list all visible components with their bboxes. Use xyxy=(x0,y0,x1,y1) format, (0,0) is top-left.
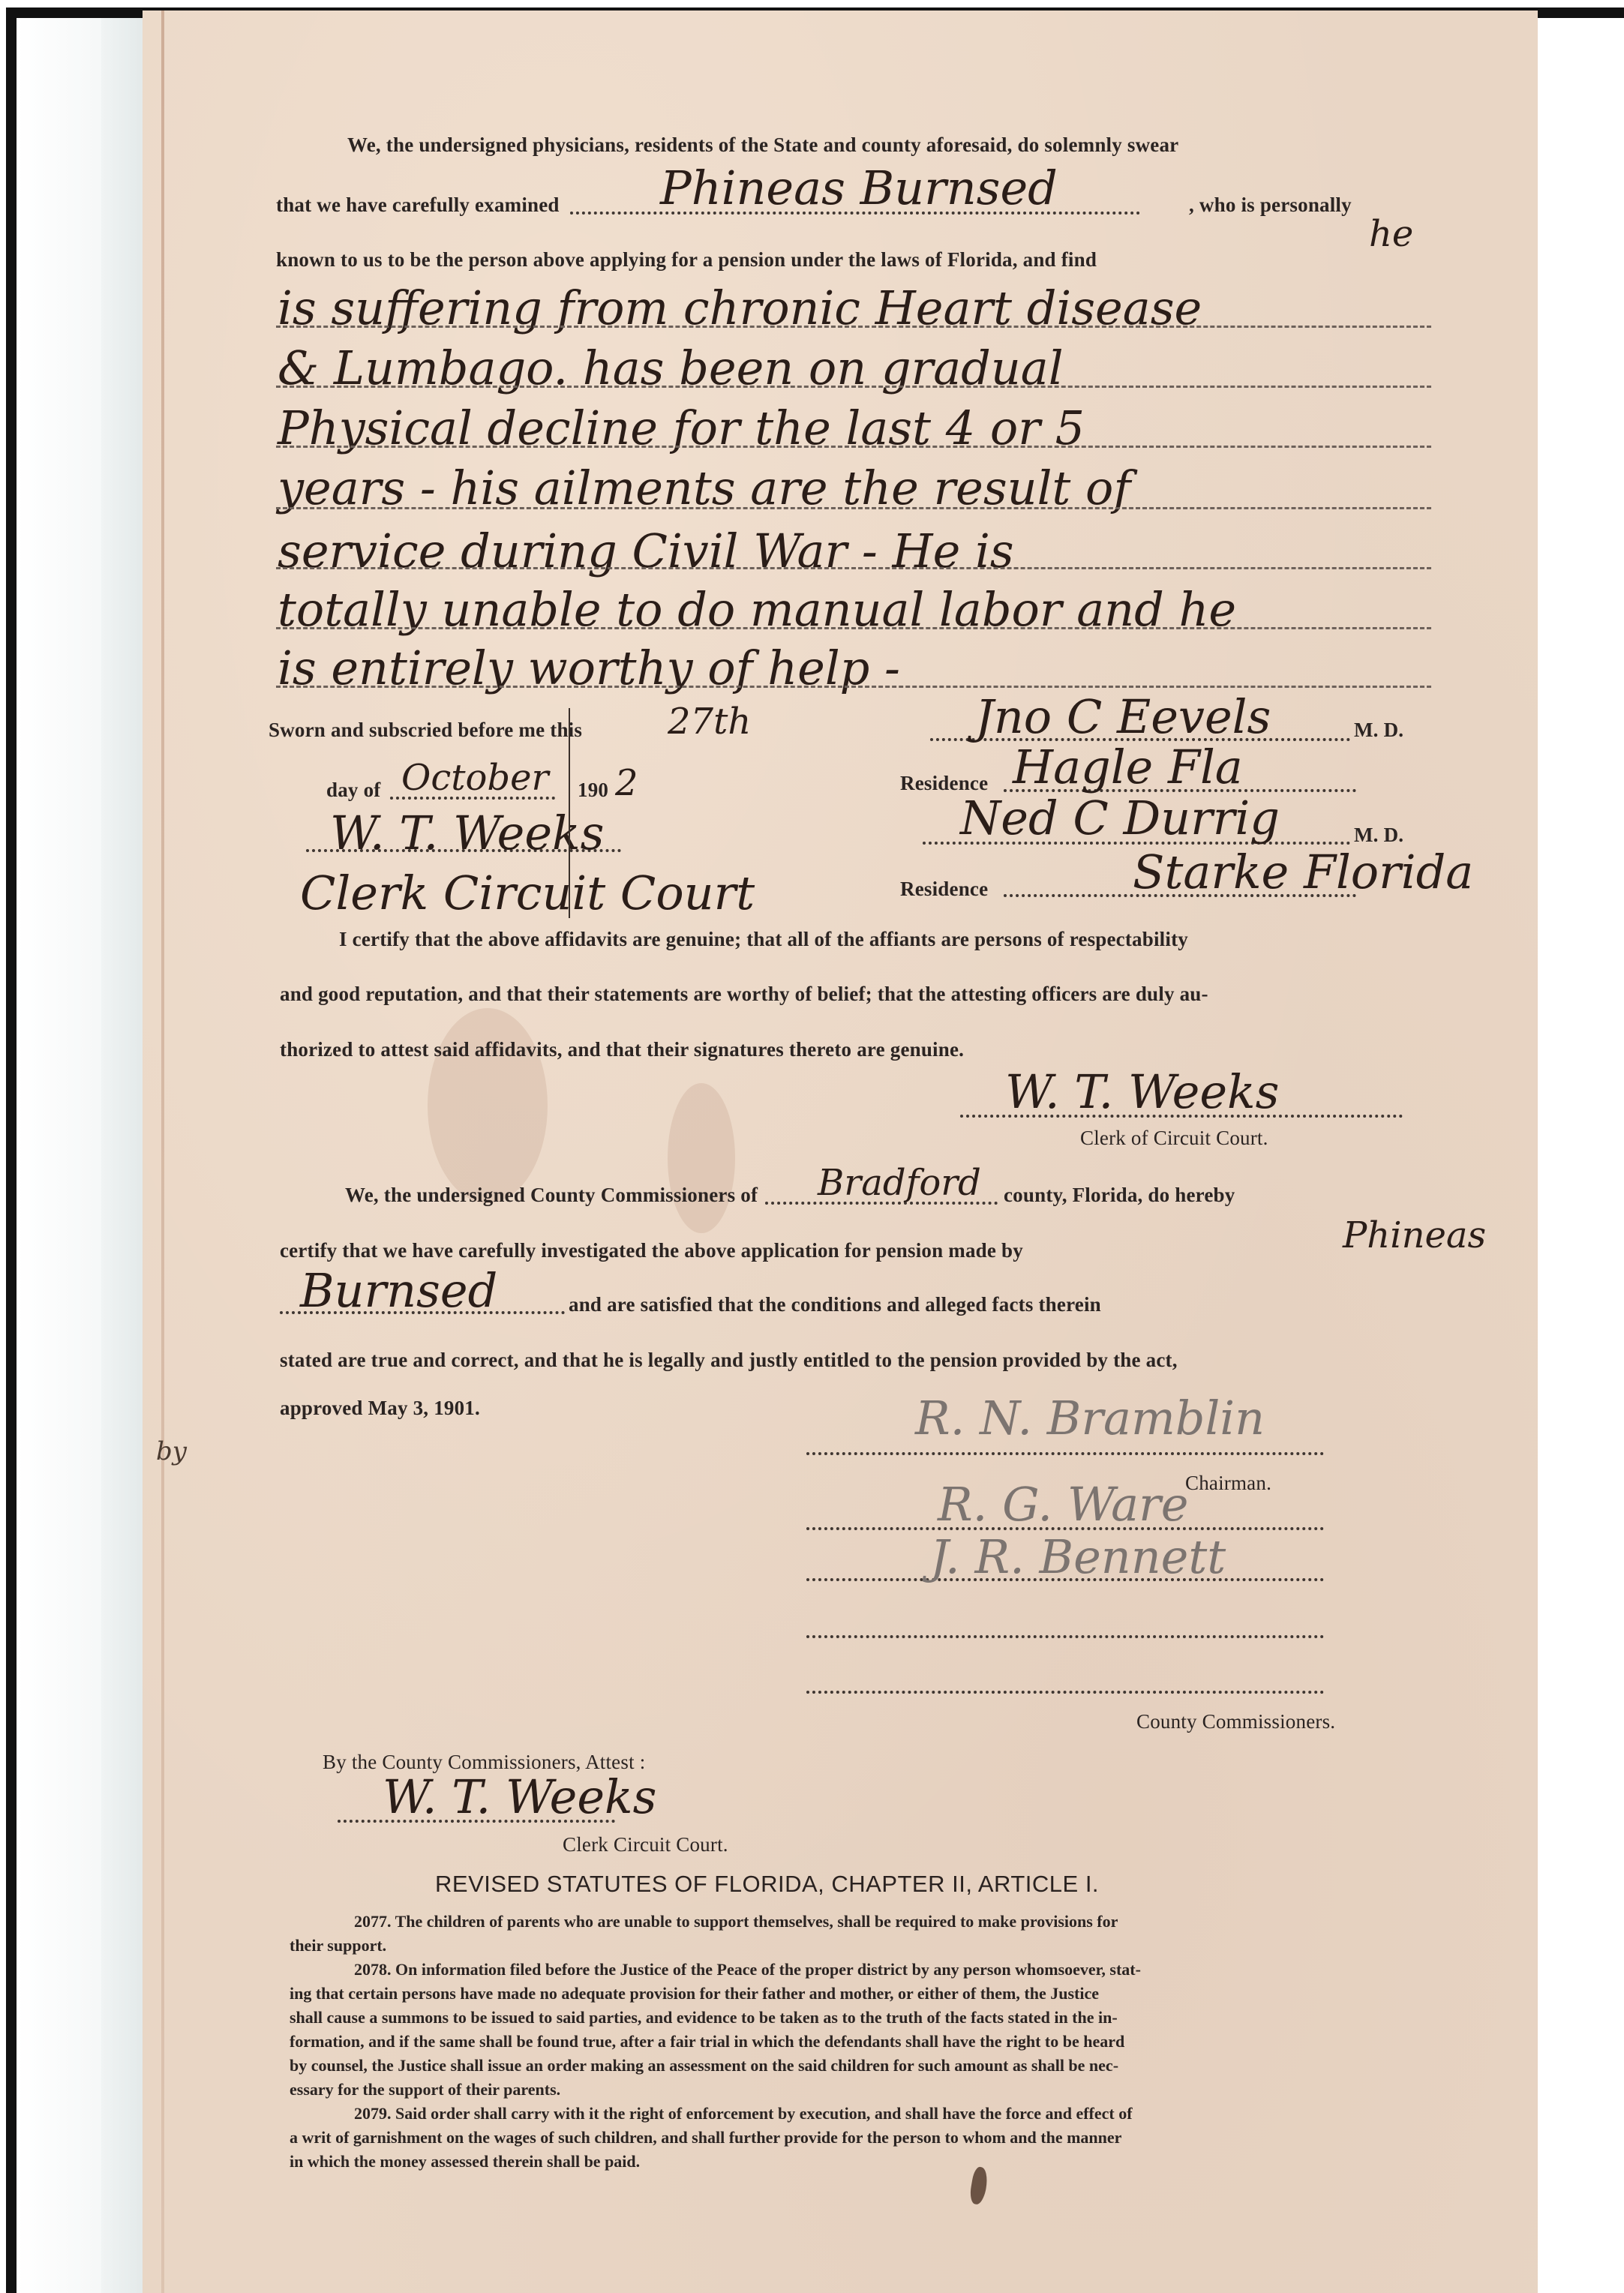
bracket-line xyxy=(569,708,570,918)
ruled-line xyxy=(276,507,1431,509)
commissioners-line-5: approved May 3, 1901. xyxy=(280,1398,480,1418)
day-of-label: day of xyxy=(326,780,380,800)
commissioners-line-1-suffix: county, Florida, do hereby xyxy=(1004,1185,1235,1205)
chairman-signature-line xyxy=(806,1452,1324,1455)
affidavit-line-2-prefix: that we have carefully examined xyxy=(276,195,560,215)
ruled-line xyxy=(276,446,1431,448)
attest-signature: W. T. Weeks xyxy=(383,1769,656,1824)
ruled-line xyxy=(276,686,1431,688)
physician-2-signature: Ned C Durrig xyxy=(960,791,1280,845)
commissioner-signature-line xyxy=(806,1691,1324,1694)
applicant-first-name: Phineas xyxy=(1343,1214,1486,1256)
stain xyxy=(428,1008,548,1203)
statute-line: shall cause a summons to be issued to sa… xyxy=(290,2006,1118,2030)
document-page: We, the undersigned physicians, resident… xyxy=(143,11,1538,2293)
sworn-day: 27th xyxy=(668,701,751,743)
commissioners-line-4: stated are true and correct, and that he… xyxy=(280,1350,1178,1370)
statute-line: 2078. On information filed before the Ju… xyxy=(354,1958,1141,1982)
county-name: Bradford xyxy=(818,1162,981,1204)
physician-2-md: M. D. xyxy=(1354,825,1403,845)
commissioner-signature-line xyxy=(806,1635,1324,1638)
official-signature: W. T. Weeks xyxy=(330,806,604,860)
applicant-last-name: Burnsed xyxy=(300,1263,497,1318)
statute-line: formation, and if the same shall be foun… xyxy=(290,2030,1124,2054)
ruled-line xyxy=(276,326,1431,328)
stain xyxy=(668,1083,735,1233)
commissioner-signature: R. G. Ware xyxy=(938,1477,1188,1532)
clerk-certificate-line: and good reputation, and that their stat… xyxy=(280,984,1208,1004)
statute-line: ing that certain persons have made no ad… xyxy=(290,1982,1099,2006)
statute-line: their support. xyxy=(290,1934,386,1958)
ink-blot xyxy=(968,2166,989,2206)
statute-line: essary for the support of their parents. xyxy=(290,2078,560,2102)
statute-line: by counsel, the Justice shall issue an o… xyxy=(290,2054,1118,2078)
affidavit-line-2-suffix: , who is personally xyxy=(1189,195,1352,215)
ruled-line xyxy=(276,567,1431,569)
margin-note: by xyxy=(156,1436,187,1466)
finding-line: service during Civil War - He is xyxy=(278,524,1014,578)
physician-2-residence-label: Residence xyxy=(900,879,988,899)
physician-2-residence: Starke Florida xyxy=(1133,845,1473,899)
county-commissioners-label: County Commissioners. xyxy=(1136,1712,1335,1732)
plastic-sleeve-edge xyxy=(101,18,146,2293)
affidavit-line-1: We, the undersigned physicians, resident… xyxy=(347,135,1178,155)
affidavit-line-3: known to us to be the person above apply… xyxy=(276,250,1097,270)
chairman-label: Chairman. xyxy=(1185,1473,1271,1493)
year-prefix: 190 xyxy=(578,780,608,800)
scan-frame-left xyxy=(6,8,17,2293)
commissioners-line-2-prefix: certify that we have carefully investiga… xyxy=(280,1241,1023,1261)
statute-line: in which the money assessed therein shal… xyxy=(290,2150,640,2174)
attest-title: Clerk Circuit Court. xyxy=(563,1835,728,1855)
physician-1-md: M. D. xyxy=(1354,720,1403,740)
statute-line: 2077. The children of parents who are un… xyxy=(354,1910,1118,1934)
clerk-certificate-line: I certify that the above affidavits are … xyxy=(339,929,1188,950)
physician-1-signature: Jno C Eevels xyxy=(975,689,1271,744)
official-title: Clerk Circuit Court xyxy=(300,866,755,920)
sworn-month: October xyxy=(401,757,549,799)
ruled-line xyxy=(276,627,1431,629)
chairman-signature: R. N. Bramblin xyxy=(915,1391,1265,1445)
applicant-name: Phineas Burnsed xyxy=(660,161,1058,215)
statutes-title: REVISED STATUTES OF FLORIDA, CHAPTER II,… xyxy=(435,1871,1099,1898)
ruled-line xyxy=(276,386,1431,388)
pronoun: he xyxy=(1369,213,1413,255)
sworn-label: Sworn and subscried before me this xyxy=(269,720,582,740)
clerk-certificate-line: thorized to attest said affidavits, and … xyxy=(280,1040,964,1060)
clerk-title: Clerk of Circuit Court. xyxy=(1080,1128,1268,1148)
commissioners-line-1-prefix: We, the undersigned County Commissioners… xyxy=(345,1185,758,1205)
commissioners-line-3-suffix: and are satisfied that the conditions an… xyxy=(569,1295,1101,1315)
commissioner-signature: J. R. Bennett xyxy=(930,1529,1226,1584)
statute-line: a writ of garnishment on the wages of su… xyxy=(290,2126,1121,2150)
year-suffix: 2 xyxy=(615,762,638,804)
statute-line: 2079. Said order shall carry with it the… xyxy=(354,2102,1133,2126)
physician-1-residence: Hagle Fla xyxy=(1013,740,1243,794)
clerk-signature: W. T. Weeks xyxy=(1005,1064,1279,1119)
